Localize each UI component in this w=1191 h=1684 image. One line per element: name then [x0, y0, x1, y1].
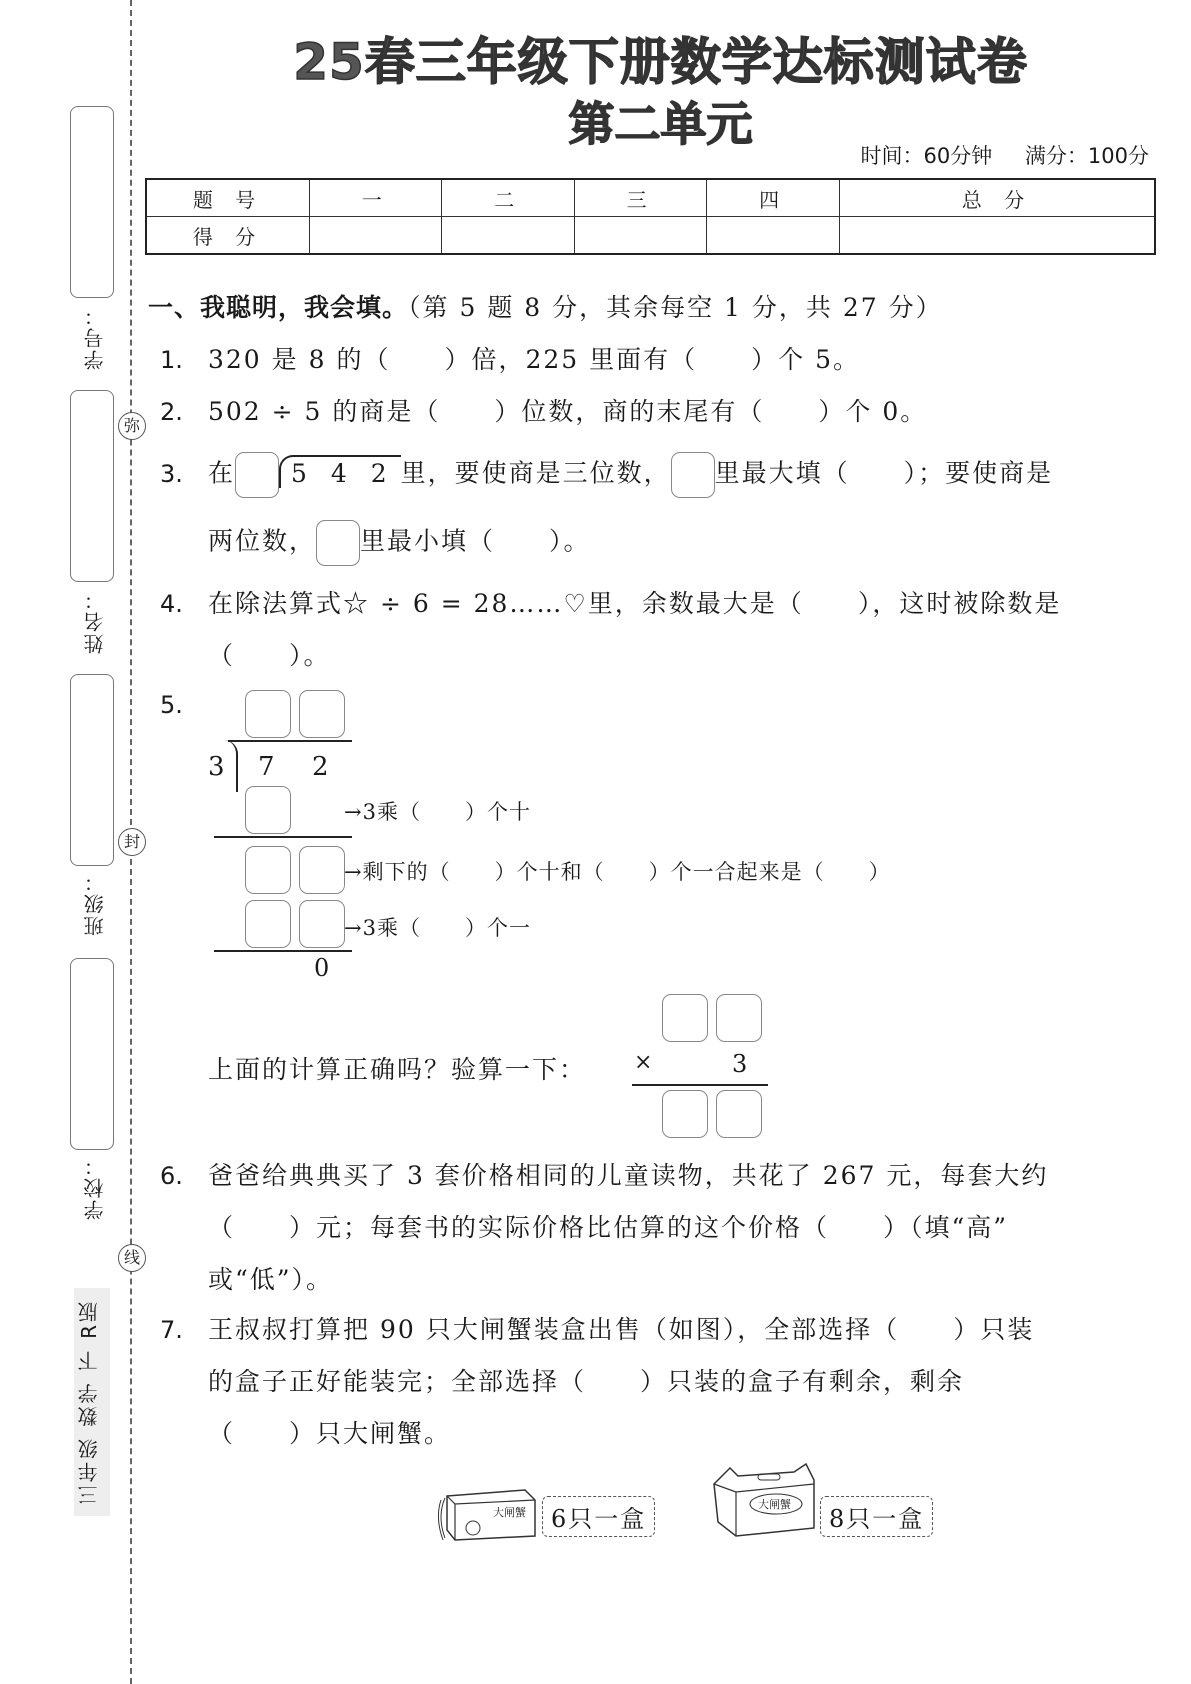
edition-label: 三年级 数学 下 R版: [74, 1288, 110, 1516]
score-table: 题 号 一 二 三 四 总 分 得 分: [145, 178, 1156, 255]
check-label: 上面的计算正确吗？验算一下：: [208, 1050, 586, 1086]
svg-text:大闸蟹: 大闸蟹: [758, 1497, 791, 1511]
multiplication-line: [632, 1084, 768, 1086]
division-bracket: [224, 740, 238, 792]
question-7-line-1: 7.王叔叔打算把 90 只大闸蟹装盒出售（如图），全部选择（ ）只装: [160, 1310, 1034, 1346]
question-3-line-1: 3.在5 4 2里，要使商是三位数，里最大填（ ）；要使商是: [160, 452, 1053, 498]
header-cell: 四: [707, 179, 839, 217]
svg-text:大闸蟹: 大闸蟹: [493, 1505, 526, 1519]
section-note: （第 5 题 8 分，其余每空 1 分，共 27 分）: [408, 293, 943, 322]
seal-mi: 弥: [118, 412, 146, 440]
question-7-line-2: 的盒子正好能装完；全部选择（ ）只装的盒子有剩余，剩余: [208, 1362, 964, 1398]
step3-box-tens[interactable]: [245, 900, 291, 948]
score-table-score-row: 得 分: [146, 217, 1155, 255]
remainder: 0: [314, 954, 329, 982]
step1-box[interactable]: [245, 786, 291, 834]
question-4-line-2: （ ）。: [208, 636, 331, 672]
divisor: 3: [208, 752, 225, 782]
question-number: 3.: [160, 460, 208, 488]
name-label: 姓名：: [80, 584, 104, 654]
question-number: 6.: [160, 1162, 208, 1190]
question-5: 5.: [160, 690, 208, 719]
score-table-header-row: 题 号 一 二 三 四 总 分: [146, 179, 1155, 217]
score-row-label: 得 分: [146, 217, 310, 255]
product-box-tens[interactable]: [662, 1090, 708, 1138]
gift-box-icon: 大闸蟹: [435, 1482, 545, 1542]
question-1: 1.320 是 8 的（ ）倍，225 里面有（ ）个 5。: [160, 340, 860, 376]
step2-box-tens[interactable]: [245, 846, 291, 894]
option-8-per-box: 8只一盒: [820, 1496, 933, 1537]
school-label: 学校：: [80, 1150, 104, 1220]
question-number: 4.: [160, 590, 208, 618]
multiplier: 3: [732, 1050, 747, 1078]
score-cell[interactable]: [442, 217, 574, 255]
question-number: 1.: [160, 346, 208, 374]
times-sign: ×: [634, 1050, 652, 1075]
score-cell[interactable]: [839, 217, 1155, 255]
question-text: 320 是 8 的（ ）倍，225 里面有（ ）个 5。: [208, 345, 860, 374]
answer-box[interactable]: [235, 452, 279, 498]
full-score: 满分：100分: [1025, 144, 1149, 168]
crab-box-6-image: 大闸蟹: [435, 1482, 545, 1546]
class-field[interactable]: [70, 674, 114, 866]
name-field[interactable]: [70, 390, 114, 582]
question-7-line-3: （ ）只大闸蟹。: [208, 1414, 451, 1450]
step3-text: →3乘（ ）个一: [344, 912, 531, 942]
question-text: 在除法算式☆ ÷ 6 = 28……♡里，余数最大是（ ），这时被除数是: [208, 589, 1061, 618]
seal-feng: 封: [118, 828, 146, 856]
check-box-ones[interactable]: [716, 994, 762, 1042]
question-text: 里最小填（ ）。: [360, 527, 591, 556]
score-cell[interactable]: [310, 217, 442, 255]
step2-box-ones[interactable]: [299, 846, 345, 894]
question-text: 里，要使商是三位数，: [401, 459, 671, 488]
step3-box-ones[interactable]: [299, 900, 345, 948]
crab-box-8-image: 大闸蟹: [710, 1462, 820, 1544]
class-label: 班级：: [80, 866, 104, 936]
question-text: 王叔叔打算把 90 只大闸蟹装盒出售（如图），全部选择（ ）只装: [208, 1315, 1034, 1344]
section-title: 一、我聪明，我会填。: [148, 293, 408, 322]
question-6-line-2: （ ）元；每套书的实际价格比估算的这个价格（ ）（填“高”: [208, 1208, 1008, 1244]
question-number: 5.: [160, 691, 208, 719]
quotient-box-tens[interactable]: [245, 690, 291, 738]
header-cell: 一: [310, 179, 442, 217]
question-2: 2.502 ÷ 5 的商是（ ）位数，商的末尾有（ ）个 0。: [160, 392, 927, 428]
step2-text: →剩下的（ ）个十和（ ）个一合起来是（ ）: [344, 856, 891, 886]
question-text: 502 ÷ 5 的商是（ ）位数，商的末尾有（ ）个 0。: [208, 397, 927, 426]
subtraction-line: [214, 950, 352, 952]
question-6-line-3: 或“低”）。: [208, 1260, 333, 1296]
question-text: 在: [208, 459, 235, 488]
gift-box-icon: 大闸蟹: [710, 1462, 820, 1540]
question-4-line-1: 4.在除法算式☆ ÷ 6 = 28……♡里，余数最大是（ ），这时被除数是: [160, 584, 1061, 620]
division-bar: [228, 740, 352, 742]
header-cell: 二: [442, 179, 574, 217]
header-cell: 题 号: [146, 179, 310, 217]
question-3-line-2: 两位数，里最小填（ ）。: [208, 520, 591, 566]
dividend-digit: 7: [258, 752, 275, 782]
question-text: 爸爸给典典买了 3 套价格相同的儿童读物，共花了 267 元，每套大约: [208, 1161, 1048, 1190]
division-bracket: 5 4 2: [279, 455, 401, 488]
page-title: 25春三年级下册数学达标测试卷: [130, 22, 1191, 94]
quotient-box-ones[interactable]: [299, 690, 345, 738]
header-cell: 总 分: [839, 179, 1155, 217]
question-number: 7.: [160, 1316, 208, 1344]
answer-box[interactable]: [671, 452, 715, 498]
student-id-field[interactable]: [70, 106, 114, 298]
product-box-ones[interactable]: [716, 1090, 762, 1138]
option-6-per-box: 6只一盒: [542, 1496, 655, 1537]
school-field[interactable]: [70, 958, 114, 1150]
question-text: 两位数，: [208, 527, 316, 556]
score-cell[interactable]: [707, 217, 839, 255]
seal-xian: 线: [118, 1244, 146, 1272]
score-cell[interactable]: [574, 217, 706, 255]
header-cell: 三: [574, 179, 706, 217]
exam-meta: 时间：60分钟 满分：100分: [834, 140, 1149, 170]
student-id-label: 学号：: [80, 300, 104, 370]
question-text: （ ）。: [208, 641, 331, 670]
question-text: 里最大填（ ）；要使商是: [715, 459, 1054, 488]
time-limit: 时间：60分钟: [860, 144, 992, 168]
section-heading: 一、我聪明，我会填。（第 5 题 8 分，其余每空 1 分，共 27 分）: [148, 288, 943, 324]
subtraction-line: [214, 836, 352, 838]
step1-text: →3乘（ ）个十: [344, 796, 531, 826]
answer-box[interactable]: [316, 520, 360, 566]
dividend-digit: 2: [312, 752, 329, 782]
question-number: 2.: [160, 398, 208, 426]
check-box-tens[interactable]: [662, 994, 708, 1042]
question-6-line-1: 6.爸爸给典典买了 3 套价格相同的儿童读物，共花了 267 元，每套大约: [160, 1156, 1048, 1192]
